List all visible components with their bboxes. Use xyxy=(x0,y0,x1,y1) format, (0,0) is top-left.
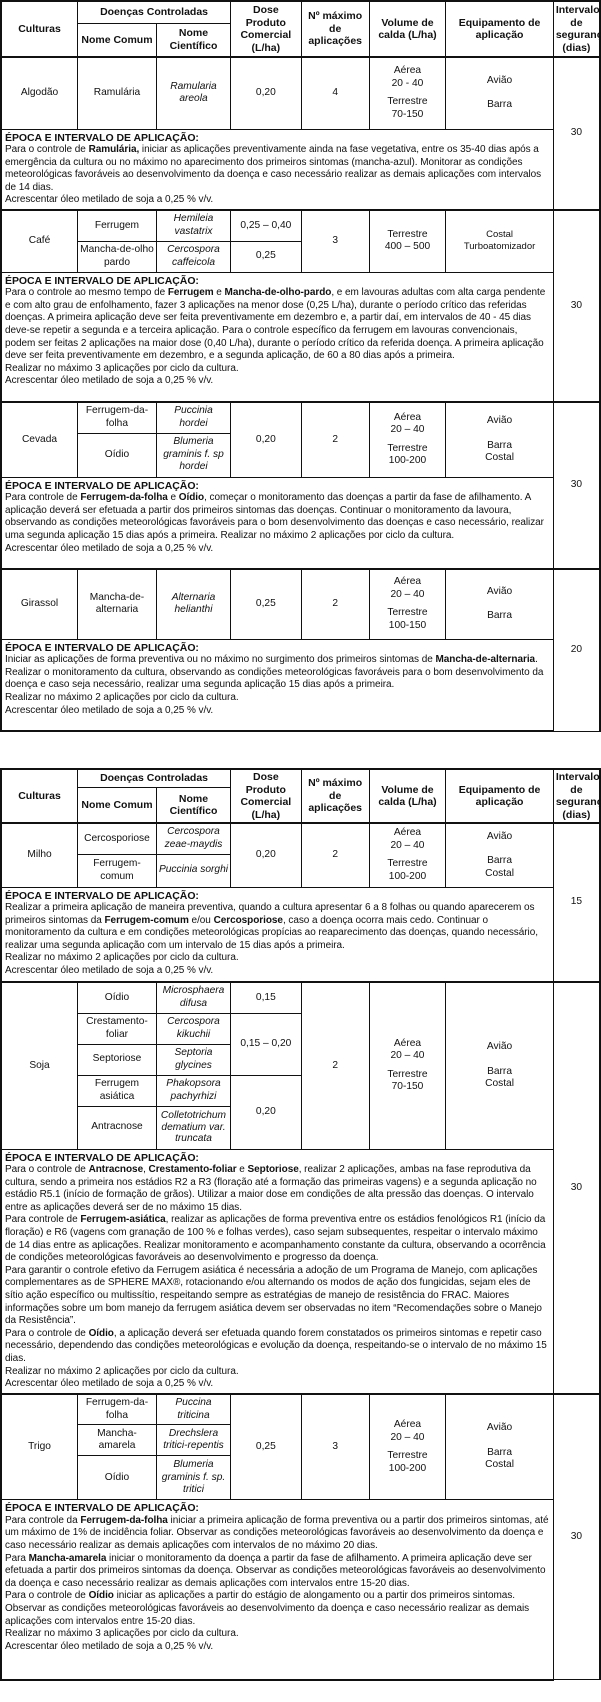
header-nome-cientifico: Nome Científico xyxy=(156,788,230,823)
safety-interval: 20 xyxy=(553,569,600,731)
equipment: AviãoBarraCostal xyxy=(446,823,554,887)
application-note: ÉPOCA E INTERVALO DE APLICAÇÃO:Para o co… xyxy=(1,272,553,402)
max-applications: 3 xyxy=(301,210,369,272)
disease-common: Crestamento-foliar xyxy=(78,1013,157,1044)
note-paragraph: Realizar no máximo 2 aplicações por cicl… xyxy=(5,952,550,965)
crop-name: Girassol xyxy=(1,569,78,639)
disease-scientific: Blumeria graminis f. sp. tritici xyxy=(156,1456,230,1500)
disease-scientific: Septoria glycines xyxy=(156,1044,230,1075)
disease-common: Ferrugem xyxy=(78,210,157,241)
note-title: ÉPOCA E INTERVALO DE APLICAÇÃO: xyxy=(5,890,550,903)
header-nome-cientifico: Nome Científico xyxy=(156,23,230,57)
note-paragraph: Realizar a primeira aplicação de maneira… xyxy=(5,902,550,952)
header-intervalo: Intervalo de segurança (dias) xyxy=(553,1,600,57)
disease-common: Oídio xyxy=(78,1456,157,1500)
max-applications: 2 xyxy=(301,982,369,1149)
disease-scientific: Drechslera tritici-repentis xyxy=(156,1425,230,1456)
crop-row-algodao: Algodão Ramulária Ramularia areola 0,20 … xyxy=(1,57,600,129)
disease-scientific: Phakopsora pachyrhizi xyxy=(156,1075,230,1106)
dose: 0,20 xyxy=(231,57,302,129)
max-applications: 2 xyxy=(301,402,369,477)
volume: Aérea20 – 40 Terrestre100-150 xyxy=(369,569,446,639)
safety-interval: 15 xyxy=(553,823,600,982)
header-equipamento: Equipamento de aplicação xyxy=(446,1,554,57)
disease-common: Cercosporiose xyxy=(78,823,157,854)
dose: 0,20 xyxy=(231,1075,302,1149)
volume: Aérea20 – 40 Terrestre70-150 xyxy=(369,982,446,1149)
disease-scientific: Cercospora caffeicola xyxy=(156,241,230,272)
disease-common: Oídio xyxy=(78,433,157,477)
equipment: AviãoBarraCostal xyxy=(446,402,554,477)
crop-row-cevada: Cevada Ferrugem-da-folha Puccinia hordei… xyxy=(1,402,600,433)
header-intervalo: Intervalo de segurança (dias) xyxy=(553,769,600,823)
note-paragraph: Realizar no máximo 3 aplicações por cicl… xyxy=(5,1628,550,1641)
safety-interval: 30 xyxy=(553,57,600,210)
note-paragraph: Acrescentar óleo metilado de soja a 0,25… xyxy=(5,543,550,556)
disease-scientific: Hemileia vastatrix xyxy=(156,210,230,241)
disease-common: Ferrugem-comum xyxy=(78,854,157,887)
note-paragraph: Acrescentar óleo metilado de soja a 0,25… xyxy=(5,375,550,388)
volume: Aérea20 - 40 Terrestre70-150 xyxy=(369,57,446,129)
crop-row-soja: Soja Oídio Microsphaera difusa 0,15 2 Aé… xyxy=(1,982,600,1013)
note-paragraph: Acrescentar óleo metilado de soja a 0,25… xyxy=(5,194,550,207)
volume: Aérea20 – 40 Terrestre100-200 xyxy=(369,402,446,477)
disease-scientific: Cercospora zeae-maydis xyxy=(156,823,230,854)
crop-row-cafe: Café Ferrugem Hemileia vastatrix 0,25 – … xyxy=(1,210,600,241)
header-dose: Dose Produto Comercial (L/ha) xyxy=(231,1,302,57)
note-paragraph: Para o controle ao mesmo tempo de Ferrug… xyxy=(5,287,550,363)
crop-row-girassol: Girassol Mancha-de-alternaria Alternaria… xyxy=(1,569,600,639)
application-note: ÉPOCA E INTERVALO DE APLICAÇÃO:Para cont… xyxy=(1,477,553,569)
disease-common: Mancha-de-alternaria xyxy=(78,569,157,639)
disease-scientific: Cercospora kikuchii xyxy=(156,1013,230,1044)
header-volume: Volume de calda (L/ha) xyxy=(369,1,446,57)
volume: Terrestre400 – 500 xyxy=(369,210,446,272)
note-paragraph: Para controle de Ferrugem-da-folha e Oíd… xyxy=(5,492,550,542)
header-nome-comum: Nome Comum xyxy=(78,788,157,823)
disease-scientific: Puccina triticina xyxy=(156,1394,230,1425)
crop-row-trigo: Trigo Ferrugem-da-folha Puccina triticin… xyxy=(1,1394,600,1425)
max-applications: 4 xyxy=(301,57,369,129)
dose: 0,20 xyxy=(231,823,302,887)
crop-row-milho: Milho Cercosporiose Cercospora zeae-mayd… xyxy=(1,823,600,854)
disease-common: Mancha-amarela xyxy=(78,1425,157,1456)
note-title: ÉPOCA E INTERVALO DE APLICAÇÃO: xyxy=(5,275,550,288)
equipment: AviãoBarra xyxy=(446,569,554,639)
disease-scientific: Puccinia sorghi xyxy=(156,854,230,887)
header-n-max: Nº máximo de aplicações xyxy=(301,1,369,57)
disease-common: Ramulária xyxy=(78,57,157,129)
dose: 0,25 – 0,40 xyxy=(231,210,302,241)
disease-scientific: Puccinia hordei xyxy=(156,402,230,433)
dose: 0,15 xyxy=(231,982,302,1013)
note-title: ÉPOCA E INTERVALO DE APLICAÇÃO: xyxy=(5,1502,550,1515)
note-paragraph: Realizar no máximo 3 aplicações por cicl… xyxy=(5,363,550,376)
disease-scientific: Ramularia areola xyxy=(156,57,230,129)
header-culturas: Culturas xyxy=(1,1,78,57)
safety-interval: 30 xyxy=(553,402,600,569)
crop-name: Cevada xyxy=(1,402,78,477)
application-note: ÉPOCA E INTERVALO DE APLICAÇÃO:Para o co… xyxy=(1,1149,553,1394)
note-paragraph: Realizar no máximo 2 aplicações por cicl… xyxy=(5,692,550,705)
header-volume: Volume de calda (L/ha) xyxy=(369,769,446,823)
crop-name: Café xyxy=(1,210,78,272)
max-applications: 2 xyxy=(301,823,369,887)
crop-name: Algodão xyxy=(1,57,78,129)
disease-scientific: Alternaria helianthi xyxy=(156,569,230,639)
disease-common: Ferrugem asiática xyxy=(78,1075,157,1106)
header-dose: Dose Produto Comercial (L/ha) xyxy=(231,769,302,823)
note-paragraph: Realizar no máximo 2 aplicações por cicl… xyxy=(5,1366,550,1379)
note-paragraph: Acrescentar óleo metilado de soja a 0,25… xyxy=(5,705,550,718)
note-paragraph: Para o controle de Oídio, a aplicação de… xyxy=(5,1328,550,1366)
max-applications: 2 xyxy=(301,569,369,639)
header-doencas: Doenças Controladas xyxy=(78,769,231,788)
disease-common: Mancha-de-olho pardo xyxy=(78,241,157,272)
note-paragraph: Acrescentar óleo metilado de soja a 0,25… xyxy=(5,1378,550,1391)
safety-interval: 30 xyxy=(553,1394,600,1680)
header-culturas: Culturas xyxy=(1,769,78,823)
note-title: ÉPOCA E INTERVALO DE APLICAÇÃO: xyxy=(5,480,550,493)
note-title: ÉPOCA E INTERVALO DE APLICAÇÃO: xyxy=(5,132,550,145)
application-note: ÉPOCA E INTERVALO DE APLICAÇÃO:Iniciar a… xyxy=(1,639,553,731)
note-paragraph: Para controle de Ferrugem-asiática, real… xyxy=(5,1214,550,1264)
note-title: ÉPOCA E INTERVALO DE APLICAÇÃO: xyxy=(5,642,550,655)
equipment: CostalTurboatomizador xyxy=(446,210,554,272)
disease-common: Ferrugem-da-folha xyxy=(78,402,157,433)
usage-table-1: Culturas Doenças Controladas Dose Produt… xyxy=(0,0,601,732)
header-nome-comum: Nome Comum xyxy=(78,23,157,57)
dose: 0,25 xyxy=(231,569,302,639)
note-paragraph: Acrescentar óleo metilado de soja a 0,25… xyxy=(5,1641,550,1654)
header-doencas: Doenças Controladas xyxy=(78,1,231,23)
disease-common: Oídio xyxy=(78,982,157,1013)
application-note: ÉPOCA E INTERVALO DE APLICAÇÃO:Para cont… xyxy=(1,1500,553,1680)
volume: Aérea20 – 40 Terrestre100-200 xyxy=(369,823,446,887)
dose: 0,25 xyxy=(231,1394,302,1500)
disease-common: Ferrugem-da-folha xyxy=(78,1394,157,1425)
equipment: AviãoBarra xyxy=(446,57,554,129)
equipment: AviãoBarraCostal xyxy=(446,1394,554,1500)
crop-name: Trigo xyxy=(1,1394,78,1500)
volume: Aérea20 – 40 Terrestre100-200 xyxy=(369,1394,446,1500)
header-equipamento: Equipamento de aplicação xyxy=(446,769,554,823)
usage-table-2: Culturas Doenças Controladas Dose Produt… xyxy=(0,768,601,1681)
disease-common: Septoriose xyxy=(78,1044,157,1075)
dose: 0,25 xyxy=(231,241,302,272)
note-paragraph: Acrescentar óleo metilado de soja a 0,25… xyxy=(5,965,550,978)
note-paragraph: Para Mancha-amarela iniciar o monitorame… xyxy=(5,1553,550,1591)
dose: 0,15 – 0,20 xyxy=(231,1013,302,1075)
note-paragraph: Para controle da Ferrugem-da-folha inici… xyxy=(5,1515,550,1553)
dose: 0,20 xyxy=(231,402,302,477)
disease-scientific: Microsphaera difusa xyxy=(156,982,230,1013)
note-title: ÉPOCA E INTERVALO DE APLICAÇÃO: xyxy=(5,1152,550,1165)
header-n-max: Nº máximo de aplicações xyxy=(301,769,369,823)
application-note: ÉPOCA E INTERVALO DE APLICAÇÃO:Para o co… xyxy=(1,129,553,210)
application-note: ÉPOCA E INTERVALO DE APLICAÇÃO:Realizar … xyxy=(1,887,553,982)
safety-interval: 30 xyxy=(553,210,600,402)
crop-name: Milho xyxy=(1,823,78,887)
crop-name: Soja xyxy=(1,982,78,1149)
note-paragraph: Para o controle de Oídio iniciar as apli… xyxy=(5,1590,550,1628)
disease-scientific: Blumeria graminis f. sp hordei xyxy=(156,433,230,477)
equipment: AviãoBarraCostal xyxy=(446,982,554,1149)
note-paragraph: Para o controle de Antracnose, Crestamen… xyxy=(5,1164,550,1214)
note-paragraph: Para o controle de Ramulária, iniciar as… xyxy=(5,144,550,194)
note-paragraph: Iniciar as aplicações de forma preventiv… xyxy=(5,654,550,692)
note-paragraph: Para garantir o controle efetivo da Ferr… xyxy=(5,1265,550,1328)
disease-common: Antracnose xyxy=(78,1106,157,1149)
safety-interval: 30 xyxy=(553,982,600,1394)
max-applications: 3 xyxy=(301,1394,369,1500)
disease-scientific: Colletotrichum dematium var. truncata xyxy=(156,1106,230,1149)
